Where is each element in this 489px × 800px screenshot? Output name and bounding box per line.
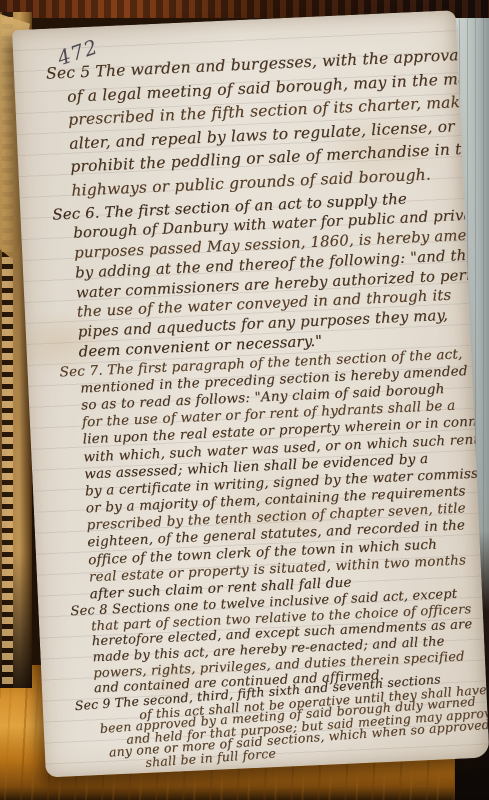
manuscript-photo: 472 Sec 5 The warden and burgesses, with…: [0, 0, 489, 800]
manuscript-page: 472 Sec 5 The warden and burgesses, with…: [12, 10, 489, 777]
manuscript-text: Sec 5 The warden and burgesses, with the…: [12, 10, 489, 777]
